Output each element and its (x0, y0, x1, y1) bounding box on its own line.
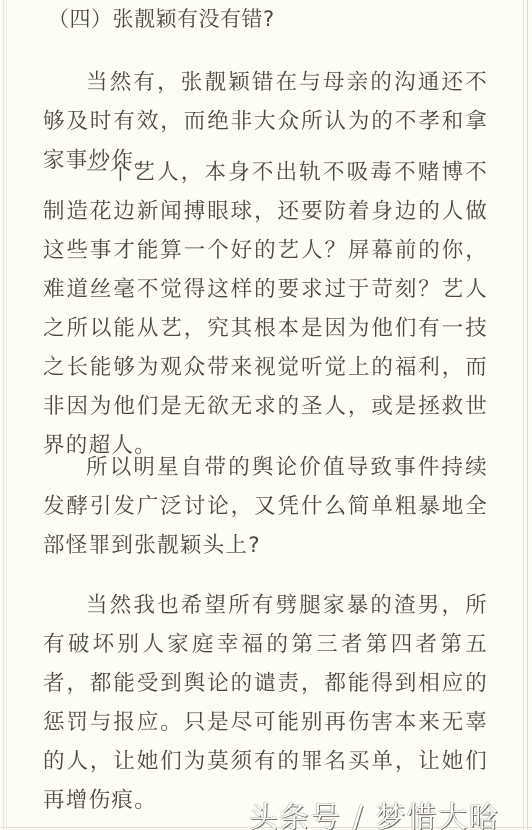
right-border-line (527, 0, 528, 830)
paragraph-4: 当然我也希望所有劈腿家暴的渣男，所有破坏别人家庭幸福的第三者第四者第五者，都能受… (43, 586, 488, 820)
left-border-line (3, 0, 4, 830)
left-border-line-inner (6, 0, 7, 830)
paragraph-3: 所以明星自带的舆论价值导致事件持续发酵引发广泛讨论，又凭什么简单粗暴地全部怪罪到… (43, 448, 488, 565)
page-frame: （四）张靓颖有没有错? 当然有，张靓颖错在与母亲的沟通还不够及时有效，而绝非大众… (0, 0, 532, 830)
section-heading: （四）张靓颖有没有错? (48, 3, 275, 33)
right-border-line-inner (523, 0, 524, 830)
watermark: 头条号 / 梦惜大晗 (249, 795, 500, 830)
paragraph-2: 一个艺人，本身不出轨不吸毒不赌博不制造花边新闻搏眼球，还要防着身边的人做这些事才… (43, 153, 488, 465)
